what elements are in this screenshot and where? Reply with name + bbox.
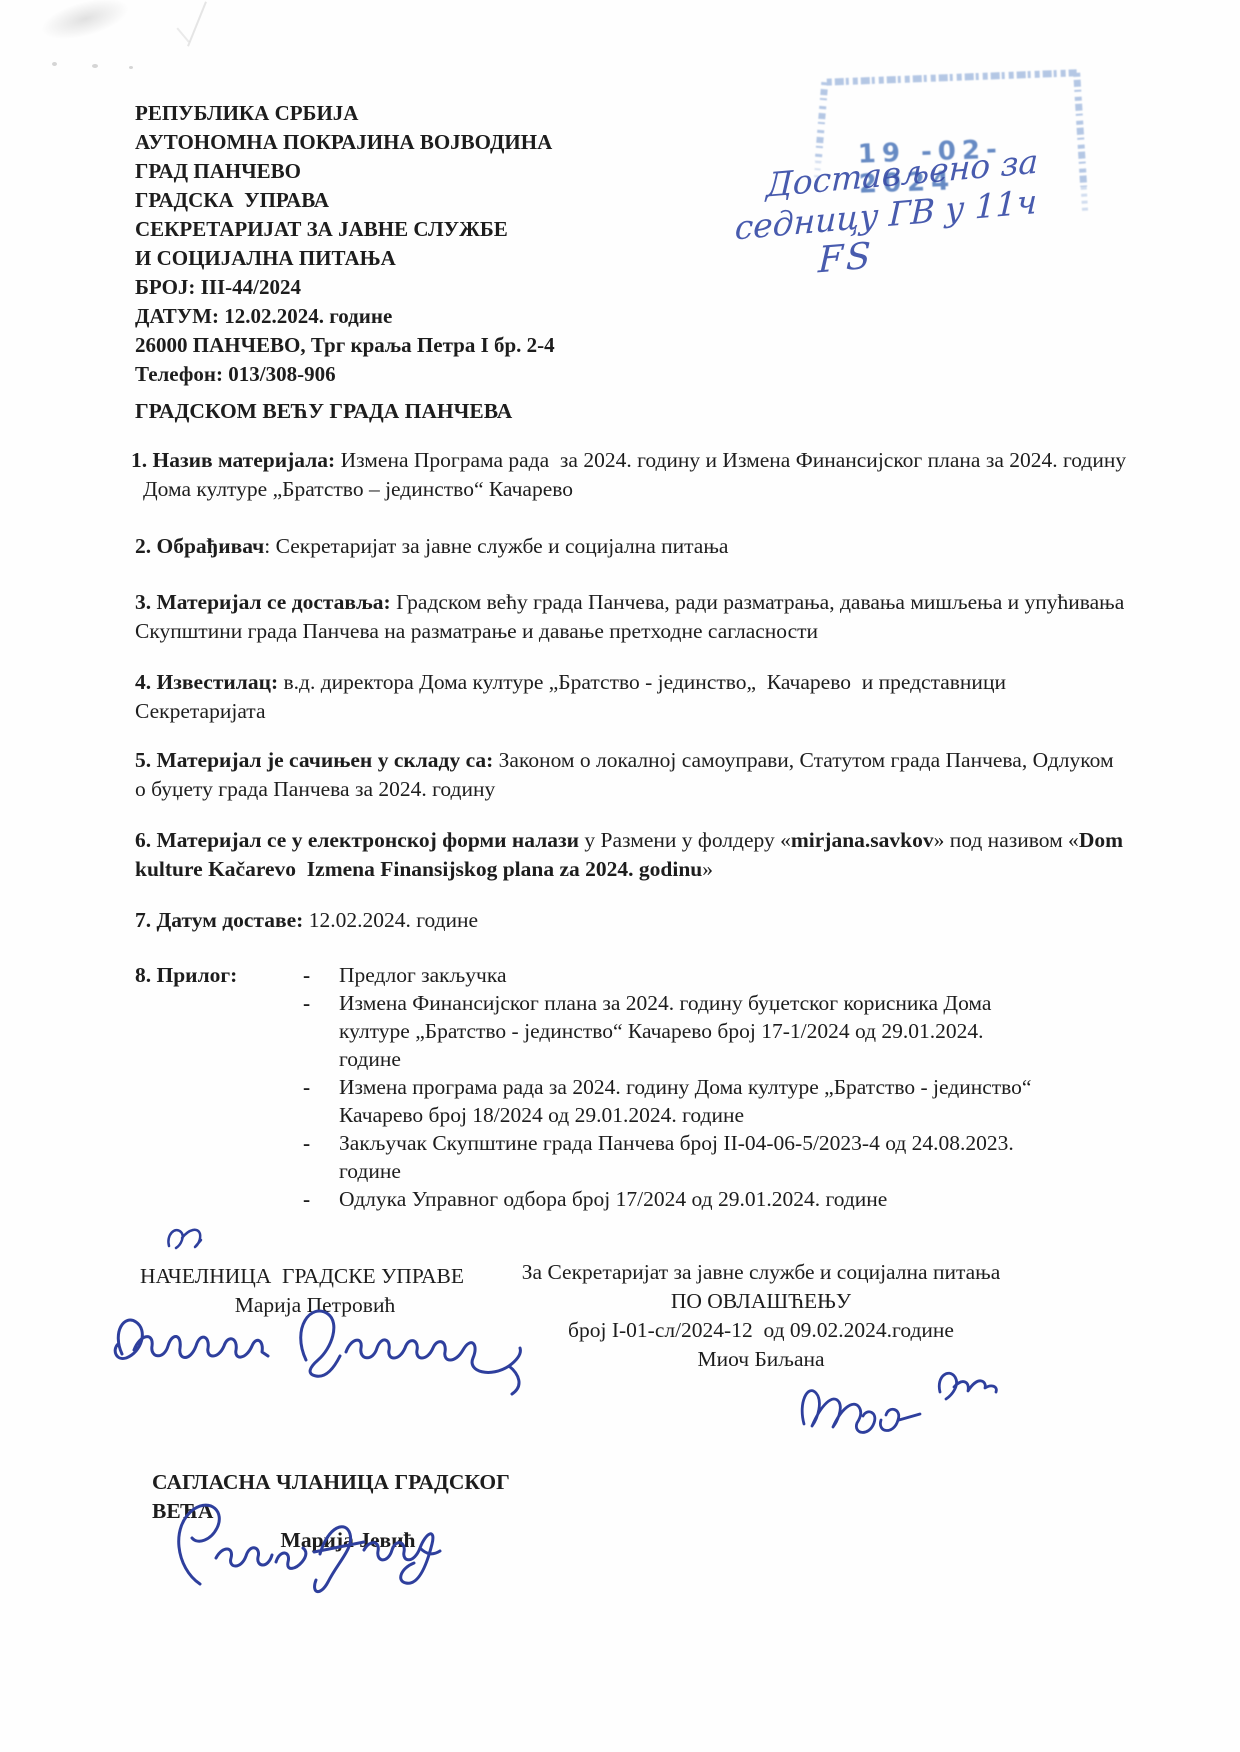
attachment-text: Одлука Управног одбора број 17/2024 од 2… [339,1185,1045,1213]
item-number: 7. [135,908,151,932]
attachment-item: - Измена Финансијског плана за 2024. год… [303,989,1045,1073]
attachment-list: - Предлог закључка - Измена Финансијског… [303,961,1045,1213]
letterhead: РЕПУБЛИКА СРБИЈА АУТОНОМНА ПОКРАЈИНА ВОЈ… [135,99,555,389]
dash-bullet: - [303,1129,339,1185]
dash-bullet: - [303,989,339,1073]
ink-scribble-mark [163,1222,211,1254]
dash-bullet: - [303,961,339,989]
item-6: 6. Материјал се у електронској форми нал… [135,826,1125,884]
letterhead-line: ГРАДСКА УПРАВА [135,186,555,215]
signature-marija-jevic [168,1496,448,1601]
item-label: Обрађивач [157,534,265,558]
item-8-label: 8. Прилог: [135,961,315,990]
signer-right-block: За Секретаријат за јавне службе и соција… [505,1258,1017,1374]
scan-pencil-mark [176,27,189,42]
attachment-text: Измена програма рада за 2024. годину Дом… [339,1073,1045,1129]
letterhead-line: СЕКРЕТАРИЈАТ ЗА ЈАВНЕ СЛУЖБЕ [135,215,555,244]
signer-right-for-line: За Секретаријат за јавне службе и соција… [505,1258,1017,1287]
handwritten-note: Достављено за седницу ГВ у 11ч FS [733,142,1039,289]
item-number: 4. [135,670,151,694]
item-1: 1. Назив материјала: Измена Програма рад… [131,446,1133,504]
item-number: 5. [135,748,151,772]
dash-bullet: - [303,1073,339,1129]
scan-speck [92,64,98,68]
recipient-line: ГРАДСКОМ ВЕЋУ ГРАДА ПАНЧЕВА [135,399,512,424]
scan-smudge [37,0,133,47]
item-text: 12.02.2024. године [309,908,478,932]
attachment-text: Измена Финансијског плана за 2024. годин… [339,989,1045,1073]
signer-right-number-line: број I-01-сл/2024-12 од 09.02.2024.годин… [505,1316,1017,1345]
item-5: 5. Материјал је сачињен у складу са: Зак… [135,746,1125,804]
document-number: БРОЈ: III-44/2024 [135,273,555,302]
letterhead-line: РЕПУБЛИКА СРБИЈА [135,99,555,128]
item-text-part: » [702,857,713,881]
attachment-item: - Одлука Управног одбора број 17/2024 од… [303,1185,1045,1213]
letterhead-line: И СОЦИЈАЛНА ПИТАЊА [135,244,555,273]
document-date: ДАТУМ: 12.02.2024. године [135,302,555,331]
item-text: Секретаријат за јавне службе и социјална… [276,534,729,558]
item-number: 8. [135,963,151,987]
attachment-text: Закључак Скупштине града Панчева број II… [339,1129,1045,1185]
item-label: Датум доставе: [157,908,304,932]
item-text-part: » под називом « [934,828,1079,852]
letterhead-line: АУТОНОМНА ПОКРАЈИНА ВОЈВОДИНА [135,128,555,157]
item-4: 4. Известилац: в.д. директора Дома култу… [135,668,1125,726]
signature-marija-petrovic [108,1298,528,1398]
signer-left-title: НАЧЕЛНИЦА ГРАДСКЕ УПРАВЕ [140,1262,490,1291]
scan-speck [129,66,133,69]
letterhead-line: ГРАД ПАНЧЕВО [135,157,555,186]
attachment-item: - Предлог закључка [303,961,1045,989]
item-number: 1. [131,448,147,472]
folder-name: mirjana.savkov [791,828,934,852]
document-page: РЕПУБЛИКА СРБИЈА АУТОНОМНА ПОКРАЈИНА ВОЈ… [0,0,1240,1752]
phone-line: Телефон: 013/308-906 [135,360,555,389]
item-label: Назив материјала: [153,448,336,472]
address-line: 26000 ПАНЧЕВО, Трг краља Петра I бр. 2-4 [135,331,555,360]
scan-pencil-mark [187,1,207,46]
item-number: 2. [135,534,151,558]
attachment-item: - Измена програма рада за 2024. годину Д… [303,1073,1045,1129]
item-text-part: у Размени у фолдеру « [584,828,790,852]
item-3: 3. Материјал се доставља: Градском већу … [135,588,1125,646]
item-label: Прилог: [157,963,238,987]
item-2: 2. Обрађивач: Секретаријат за јавне служ… [135,532,1125,561]
signature-mioc-biljana [788,1360,998,1445]
item-7: 7. Датум доставе: 12.02.2024. године [135,906,1125,935]
attachment-item: - Закључак Скупштине града Панчева број … [303,1129,1045,1185]
attachment-text: Предлог закључка [339,961,1045,989]
dash-bullet: - [303,1185,339,1213]
item-separator: : [264,534,270,558]
item-label: Материјал се доставља: [157,590,391,614]
item-label: Материјал је сачињен у складу са: [157,748,494,772]
item-label: Материјал се у електронској форми налази [157,828,580,852]
item-label: Известилац: [157,670,279,694]
item-number: 6. [135,828,151,852]
item-number: 3. [135,590,151,614]
scan-speck [52,62,57,66]
signer-right-authorization: ПО ОВЛАШЋЕЊУ [505,1287,1017,1316]
